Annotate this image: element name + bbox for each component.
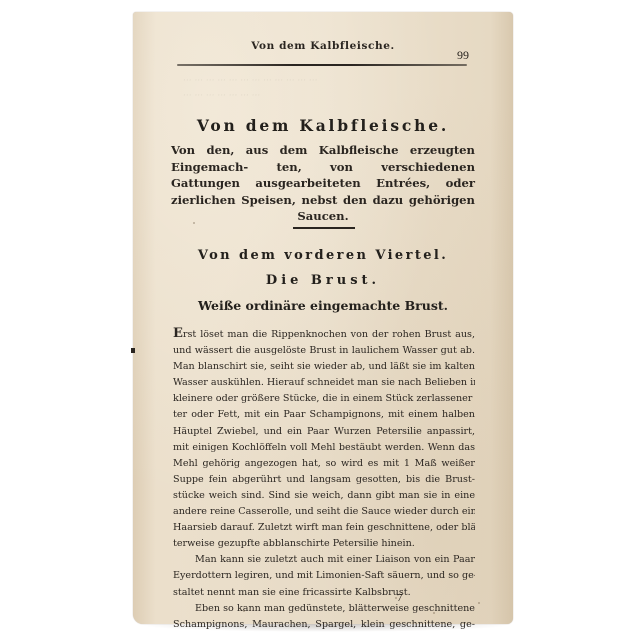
recipe-title: Weiße ordinäre eingemachte Brust. xyxy=(133,298,513,313)
paper-speck xyxy=(243,610,245,612)
subsection-title: Die Brust. xyxy=(133,273,513,288)
body-line: stücke weich sind. Sind sie weich, dann … xyxy=(173,488,475,504)
body-line: Man blanschirt sie, seiht sie wieder ab,… xyxy=(173,359,475,375)
body-line: Eyerdottern legiren, und mit Limonien-Sa… xyxy=(173,568,475,584)
running-head: Von dem Kalbfleische. xyxy=(133,40,513,52)
body-line: Schampignons, Maurachen, Spargel, klein … xyxy=(173,617,475,633)
section-title: Von dem vorderen Viertel. xyxy=(133,248,513,263)
recipe-body: Erst löset man die Rippenknochen von der… xyxy=(173,326,475,633)
body-line: staltet nennt man sie eine fricassirte K… xyxy=(173,585,475,601)
body-line: kleinere oder größere Stücke, die in ein… xyxy=(173,391,475,407)
paper-speck xyxy=(193,222,195,224)
chapter-subtitle: Von den, aus dem Kalbfleische erzeugten … xyxy=(171,142,475,225)
body-line: Wasser auskühlen. Hierauf schneidet man … xyxy=(173,375,475,391)
show-through-text: ··· ··· ··· ··· ··· ··· ··· ··· ··· ··· … xyxy=(183,74,473,104)
body-line: terweise gezupfte abblanschirte Petersil… xyxy=(173,536,475,552)
body-line: Suppe fein abgerührt und langsam gesotte… xyxy=(173,472,475,488)
body-line: andere reine Casserolle, und seiht die S… xyxy=(173,504,475,520)
paper-speck xyxy=(478,602,480,604)
body-line: Man kann sie zuletzt auch mit einer Liai… xyxy=(173,552,475,568)
margin-mark xyxy=(131,348,135,353)
page-number: 99 xyxy=(457,48,469,63)
paper-speck xyxy=(395,597,397,599)
body-line: Erst löset man die Rippenknochen von der… xyxy=(173,326,475,343)
body-line: und wässert die ausgelöste Brust in laul… xyxy=(173,343,475,359)
body-line: Häuptel Zwiebel, und ein Paar Wurzen Pet… xyxy=(173,424,475,440)
body-line: Mehl gehörig angezogen hat, so wird es m… xyxy=(173,456,475,472)
body-line: mit einigen Kochlöffeln voll Mehl bestäu… xyxy=(173,440,475,456)
body-line: Haarsieb darauf. Zuletzt wirft man fein … xyxy=(173,520,475,536)
signature-mark: 7 xyxy=(397,592,403,604)
book-page: ··· ··· ··· ··· ··· ··· ··· ··· ··· ··· … xyxy=(133,12,513,624)
section-divider xyxy=(293,227,355,229)
chapter-title: Von dem Kalbfleische. xyxy=(133,116,513,135)
paper-speck xyxy=(433,612,435,614)
body-line: ter oder Fett, mit ein Paar Schampignons… xyxy=(173,407,475,423)
body-line: Eben so kann man gedünstete, blätterweis… xyxy=(173,601,475,617)
header-rule xyxy=(177,64,467,66)
drop-cap: E xyxy=(173,326,183,341)
